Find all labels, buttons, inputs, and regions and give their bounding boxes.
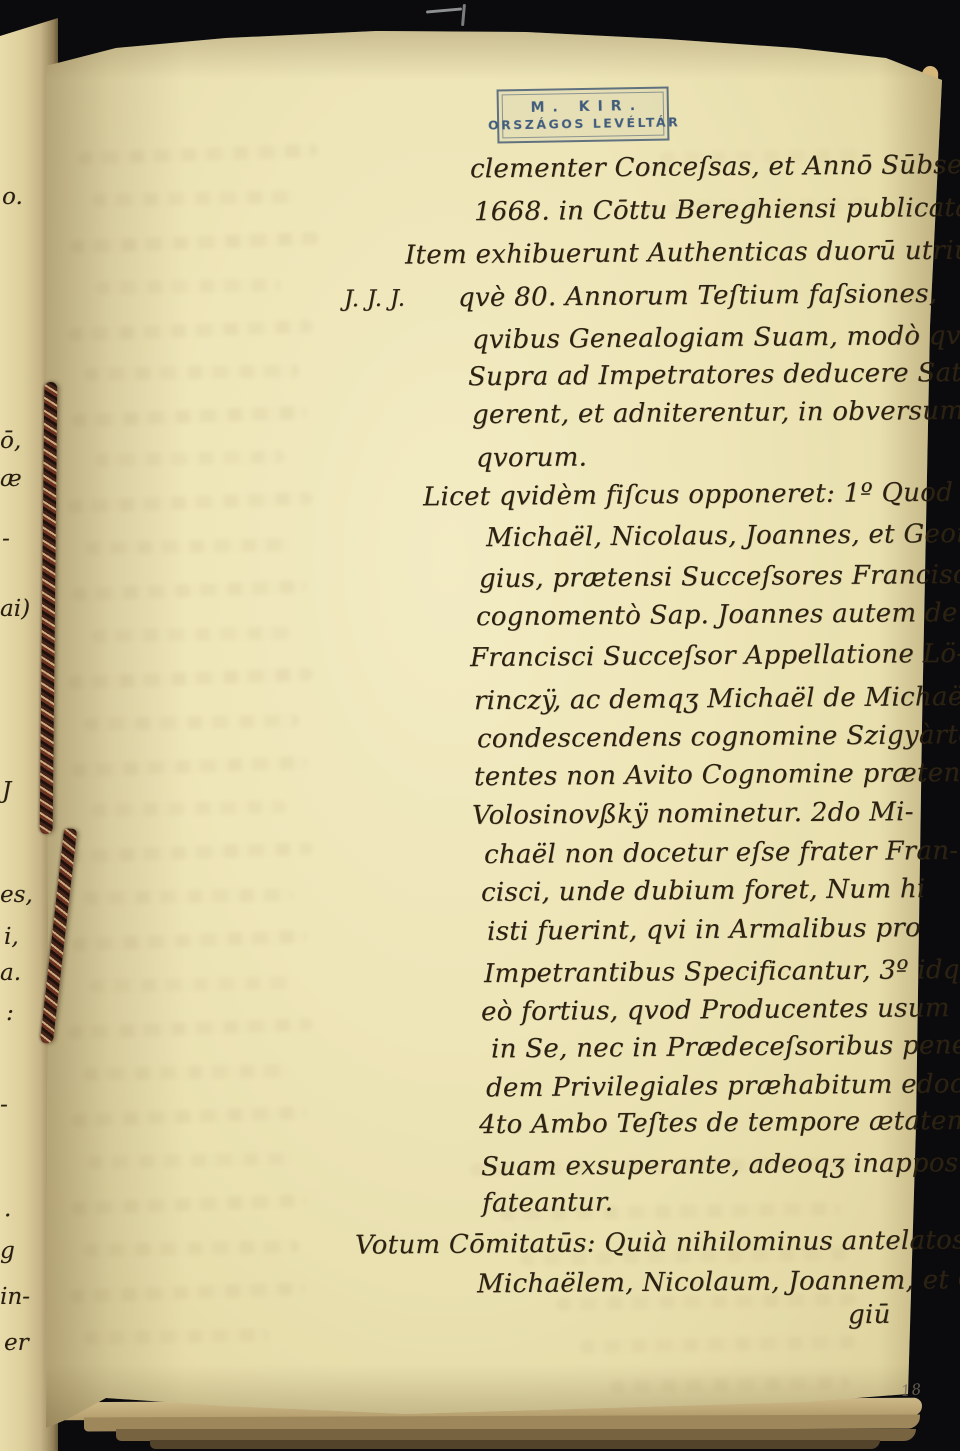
facing-page-fragment: in- xyxy=(0,1286,30,1309)
manuscript-line: Impetrantibus Specificantur, 3º idqʒ xyxy=(484,955,960,990)
manuscript-line: isti fuerint, qvi in Armalibus pro xyxy=(487,913,921,948)
facing-page-fragment: o. xyxy=(2,186,23,209)
manuscript-line: condescendens cognomine Szigyàrtò u- xyxy=(477,720,960,756)
facing-page-fragment: - xyxy=(0,1094,8,1117)
facing-page-fragment: æ xyxy=(0,468,22,491)
scanned-manuscript-stage: o.ō,æ-ai)Jes,i,a.:-·gin-er M. KIR. ORSZÁ… xyxy=(0,0,960,1451)
facing-page-fragment: er xyxy=(4,1332,29,1355)
manuscript-line: 1668. in Cōttu Bereghiensi publicatas xyxy=(474,193,960,229)
manuscript-line: 4to Ambo Teſtes de tempore ætatem xyxy=(479,1106,960,1141)
manuscript-line: dem Privilegiales præhabitum edoceant. xyxy=(486,1069,960,1105)
chalk-mark-stroke xyxy=(426,7,462,13)
manuscript-line: qvorum. xyxy=(476,443,587,475)
manuscript-line: Suam exsuperante, adeoqʒ inappositè xyxy=(481,1148,960,1184)
manuscript-line: rinczÿ, ac demqʒ Michaël de Michaële xyxy=(474,682,960,718)
chalk-mark xyxy=(418,0,478,30)
manuscript-line: Item exhibuerunt Authenticas duorū utriu… xyxy=(405,235,960,271)
facing-page-fragment: ō, xyxy=(0,430,21,453)
manuscript-line: Licet qvidèm fiſcus opponeret: 1º Quod xyxy=(423,478,953,514)
manuscript-line: cognomentò Sap. Joannes autem deqʒ xyxy=(476,598,960,634)
facing-page-fragment: · xyxy=(4,1205,11,1228)
manuscript-line: qvibus Genealogiam Suam, modò qvò xyxy=(472,321,960,357)
facing-page-fragment: es, xyxy=(0,884,33,907)
manuscript-line: eò fortius, qvod Producentes usum nec xyxy=(481,993,960,1029)
manuscript-line: Votum Cōmitatūs: Quià nihilominus antela… xyxy=(355,1225,960,1262)
page-shading xyxy=(46,26,942,80)
facing-page-fragment: i, xyxy=(4,926,19,949)
page-stack-edge xyxy=(150,1440,880,1449)
archive-stamp-line1: M. KIR. xyxy=(522,98,643,116)
archive-stamp: M. KIR. ORSZÁGOS LEVÉLTÁR xyxy=(497,87,670,144)
manuscript-line: Michaël, Nicolaus, Joannes, et Geor- xyxy=(486,519,960,554)
manuscript-line: clementer Conceſsas, et Annō Sūbseqvō xyxy=(470,150,960,186)
catchword: giū xyxy=(848,1300,891,1332)
manuscript-line: chaël non docetur eſse frater Fran- xyxy=(484,836,959,871)
facing-page-fragment: ai) xyxy=(0,598,30,621)
manuscript-line: Francisci Succeſsor Appellatione Lö- xyxy=(470,639,960,675)
facing-page-fragment: g xyxy=(0,1240,15,1263)
manuscript-line: in Se, nec in Prædeceſsoribus penes Eas- xyxy=(491,1030,960,1066)
chalk-mark-stroke xyxy=(461,4,466,26)
facing-page-fragment: a. xyxy=(0,962,21,985)
manuscript-line: Volosinovßkÿ nominetur. 2do Mi- xyxy=(472,797,914,832)
manuscript-line: Michaëlem, Nicolaum, Joannem, et Geor- xyxy=(477,1265,960,1301)
manuscript-line: fateantur. xyxy=(482,1187,614,1219)
manuscript-line: gerent, et adniterentur, in obversum. xyxy=(472,396,960,432)
manuscript-line: qvè 80. Annorum Teſtium faſsiones, xyxy=(458,279,938,314)
manuscript-line: Supra ad Impetratores deducere Sata- xyxy=(468,358,960,394)
page-number: 18 xyxy=(900,1380,923,1400)
margin-note: J. J. J. xyxy=(344,286,406,314)
archive-stamp-line2: ORSZÁGOS LEVÉLTÁR xyxy=(486,114,680,132)
facing-page-fragment: J xyxy=(2,780,11,803)
facing-page-fragment: - xyxy=(2,528,10,551)
manuscript-line: tentes non Avito Cognomine prætenso xyxy=(474,758,960,794)
facing-page-fragment: : xyxy=(6,1002,14,1025)
manuscript-line: cisci, unde dubium foret, Num hi xyxy=(481,874,926,909)
archive-stamp-inner-border: M. KIR. ORSZÁGOS LEVÉLTÁR xyxy=(502,92,665,139)
manuscript-line: gius, prætensi Succeſsores Francisci xyxy=(479,560,960,596)
